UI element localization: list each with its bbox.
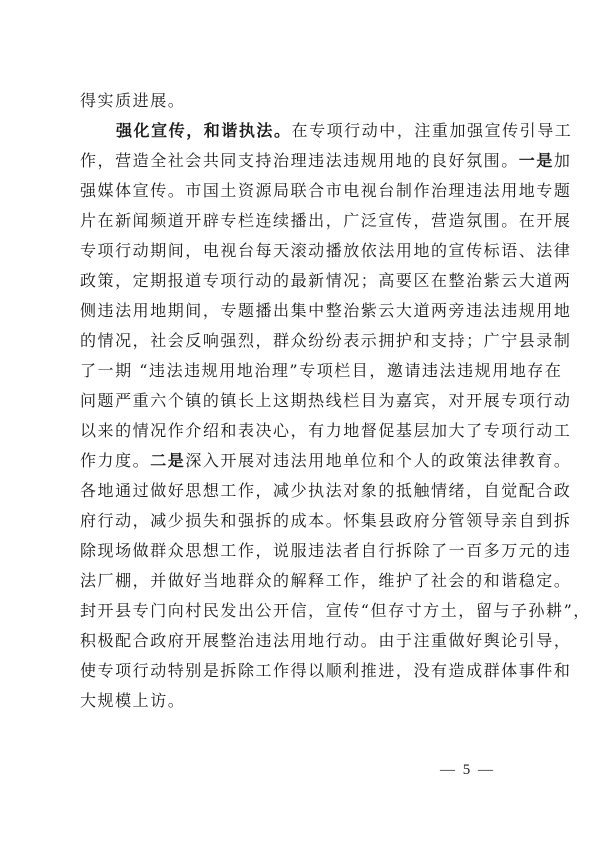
text-line: 法厂棚，并做好当地群众的解释工作，维护了社会的和谐稳定。 (80, 566, 514, 596)
text-line: 封开县专门向村民发出公开信，宣传“但存寸方土，留与子孙耕”， (80, 596, 514, 626)
text-line: 的情况，社会反响强烈，群众纷纷表示拥护和支持；广宁县录制 (80, 326, 514, 356)
text-line: 片在新闻频道开辟专栏连续播出，广泛宣传，营造氛围。在开展 (80, 206, 514, 236)
text-line: 积极配合政府开展整治违法用地行动。由于注重做好舆论引导， (80, 626, 514, 656)
body-text: 侧违法用地期间，专题播出集中整治紫云大道两旁违法违规用地 (80, 301, 571, 320)
body-text: 积极配合政府开展整治违法用地行动。由于注重做好舆论引导， (80, 631, 571, 650)
document-body: 得实质进展。强化宣传，和谐执法。在专项行动中，注重加强宣传引导工作，营造全社会共… (80, 86, 514, 716)
text-line: 强媒体宣传。市国土资源局联合市电视台制作治理违法用地专题 (80, 176, 514, 206)
body-text: 作力度。 (80, 451, 150, 470)
text-line: 除现场做群众思想工作，说服违法者自行拆除了一百多万元的违 (80, 536, 514, 566)
body-text: 深入开展对违法用地单位和个人的政策法律教育。 (185, 451, 571, 470)
body-text: 专项行动期间，电视台每天滚动播放依法用地的宣传标语、法律 (80, 241, 571, 260)
page-number: — 5 — (440, 762, 495, 779)
bold-heading-text: 二是 (150, 451, 185, 470)
text-line: 专项行动期间，电视台每天滚动播放依法用地的宣传标语、法律 (80, 236, 514, 266)
body-text: 了一期 “违法违规用地治理”专项栏目，邀请违法违规用地存在 (80, 361, 562, 380)
body-text: 除现场做群众思想工作，说服违法者自行拆除了一百多万元的违 (80, 541, 571, 560)
text-line: 政策，定期报道专项行动的最新情况；高要区在整治紫云大道两 (80, 266, 514, 296)
body-text: 强媒体宣传。市国土资源局联合市电视台制作治理违法用地专题 (80, 181, 571, 200)
text-line: 作力度。二是深入开展对违法用地单位和个人的政策法律教育。 (80, 446, 514, 476)
body-text: 问题严重六个镇的镇长上这期热线栏目为嘉宾，对开展专项行动 (80, 391, 571, 410)
bold-heading-text: 一是 (519, 151, 554, 170)
body-text: 以来的情况作介绍和表决心，有力地督促基层加大了专项行动工 (80, 421, 571, 440)
body-text: 使专项行动特别是拆除工作得以顺利推进，没有造成群体事件和 (80, 661, 571, 680)
body-text: 在专项行动中，注重加强宣传引导工 (292, 121, 573, 140)
text-line: 使专项行动特别是拆除工作得以顺利推进，没有造成群体事件和 (80, 656, 514, 686)
body-text: 作，营造全社会共同支持治理违法违规用地的良好氛围。 (80, 151, 519, 170)
body-text: 的情况，社会反响强烈，群众纷纷表示拥护和支持；广宁县录制 (80, 331, 571, 350)
bold-heading-text: 强化宣传，和谐执法。 (116, 121, 292, 140)
body-text: 得实质进展。 (80, 91, 185, 110)
text-line: 强化宣传，和谐执法。在专项行动中，注重加强宣传引导工 (80, 116, 514, 146)
text-line: 以来的情况作介绍和表决心，有力地督促基层加大了专项行动工 (80, 416, 514, 446)
text-line: 大规模上访。 (80, 686, 514, 716)
body-text: 大规模上访。 (80, 691, 185, 710)
text-line: 问题严重六个镇的镇长上这期热线栏目为嘉宾，对开展专项行动 (80, 386, 514, 416)
body-text: 封开县专门向村民发出公开信，宣传“但存寸方土，留与子孙耕”， (80, 601, 591, 620)
text-line: 府行动，减少损失和强拆的成本。怀集县政府分管领导亲自到拆 (80, 506, 514, 536)
body-text: 加 (554, 151, 572, 170)
text-line: 各地通过做好思想工作，减少执法对象的抵触情绪，自觉配合政 (80, 476, 514, 506)
body-text: 政策，定期报道专项行动的最新情况；高要区在整治紫云大道两 (80, 271, 571, 290)
text-line: 侧违法用地期间，专题播出集中整治紫云大道两旁违法违规用地 (80, 296, 514, 326)
text-line: 得实质进展。 (80, 86, 514, 116)
text-line: 了一期 “违法违规用地治理”专项栏目，邀请违法违规用地存在 (80, 356, 514, 386)
body-text: 府行动，减少损失和强拆的成本。怀集县政府分管领导亲自到拆 (80, 511, 571, 530)
text-line: 作，营造全社会共同支持治理违法违规用地的良好氛围。一是加 (80, 146, 514, 176)
body-text: 法厂棚，并做好当地群众的解释工作，维护了社会的和谐稳定。 (80, 571, 571, 590)
body-text: 片在新闻频道开辟专栏连续播出，广泛宣传，营造氛围。在开展 (80, 211, 571, 230)
body-text: 各地通过做好思想工作，减少执法对象的抵触情绪，自觉配合政 (80, 481, 571, 500)
